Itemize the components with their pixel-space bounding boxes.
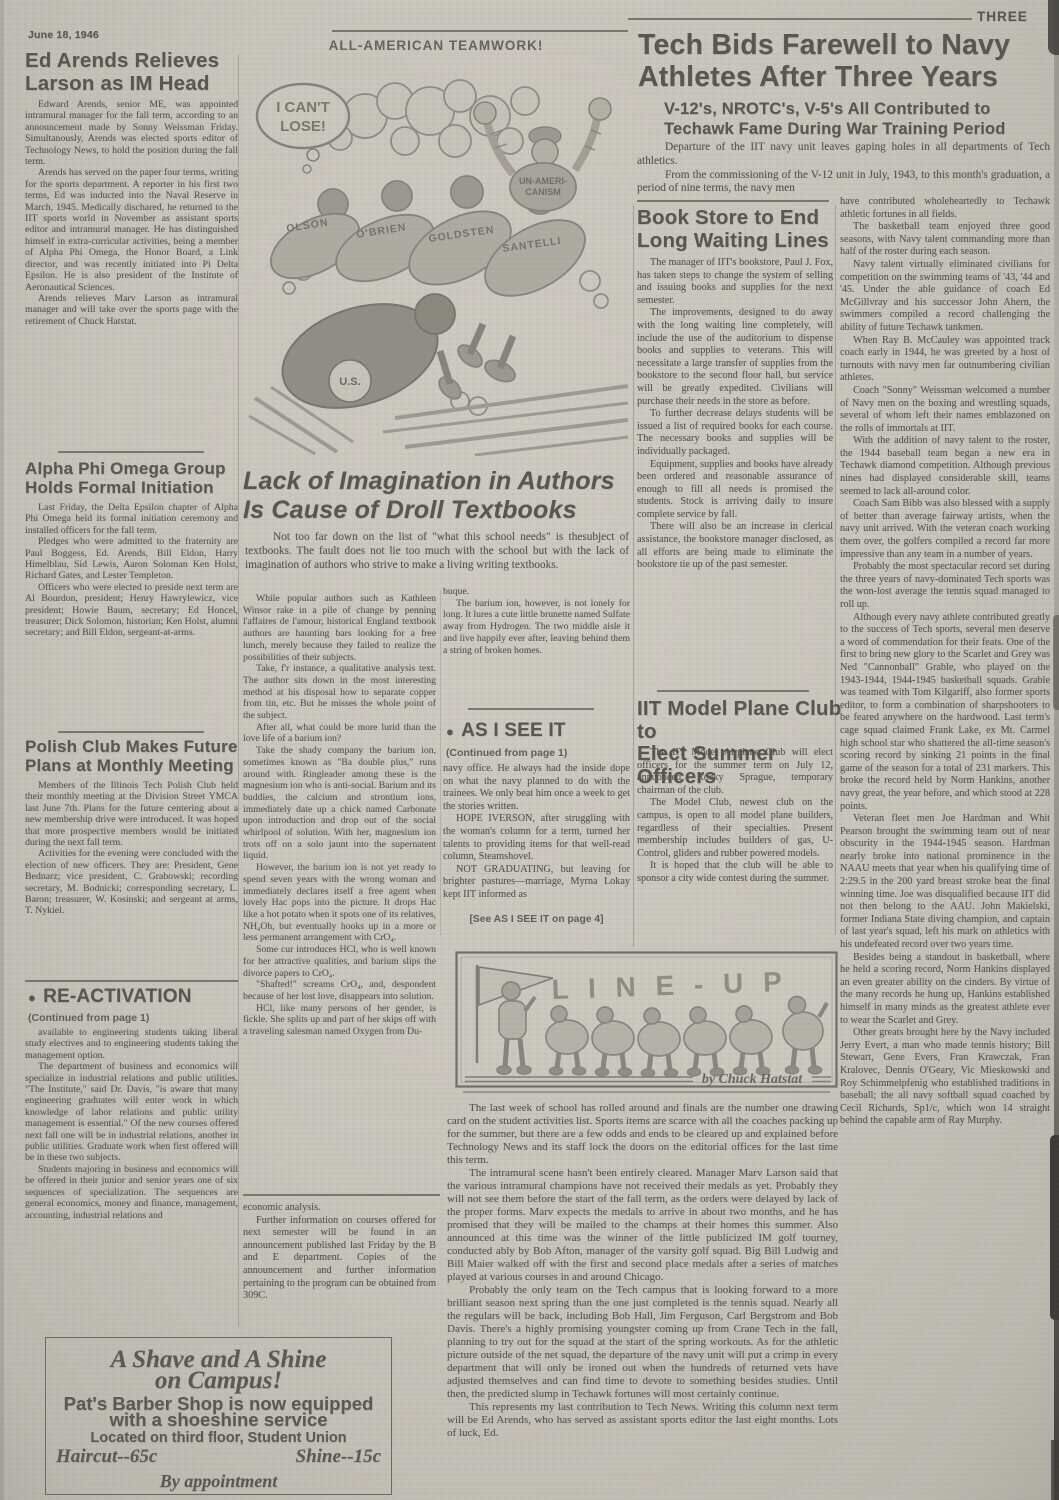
column-rule — [835, 205, 836, 935]
ad-line: Located on third floor, Student Union — [90, 1430, 346, 1446]
textbooks-lead: Not too far down on the list of "what th… — [245, 531, 629, 589]
ad-prices: Haircut--65c Shine--15c — [56, 1446, 381, 1468]
cartoon-title-teamwork: ALL-AMERICAN TEAMWORK! — [243, 38, 629, 53]
article-title-apo: Alpha Phi Omega Group Holds Formal Initi… — [25, 459, 238, 497]
continued-note: (Continued from page 1) — [446, 747, 567, 759]
scan-artifact — [1051, 1440, 1059, 1500]
paragraph: The IIT Model Airplane Club will elect o… — [637, 747, 833, 797]
textbooks-column-a: While popular authors such as Kathleen W… — [243, 593, 436, 1191]
as-i-see-it-title-text: AS I SEE IT — [461, 720, 566, 742]
column-rule — [238, 55, 239, 1327]
section-rule — [657, 690, 809, 692]
page-number: THREE — [977, 9, 1028, 24]
paragraph: Navy talent virtually eliminated civilia… — [840, 259, 1050, 335]
article-body-polish-club: Members of the Illinois Tech Polish Club… — [25, 780, 238, 976]
paragraph: "Shafted!" screams CrO₄, and, despondent… — [243, 979, 436, 1002]
article-title-polish-club: Polish Club Makes Future Plans at Monthl… — [25, 737, 238, 775]
farewell-subhead: V-12's, NROTC's, V-5's All Contributed t… — [664, 99, 1050, 139]
ad-headline-2: on Campus! — [155, 1367, 282, 1394]
paragraph: NOT GRADUATING, but leaving for brighter… — [443, 864, 630, 902]
bullet-icon: ● — [446, 721, 454, 743]
paragraph: Take, f'r instance, a qualitative analys… — [243, 663, 436, 722]
paragraph: Last Friday, the Delta Epsilon chapter o… — [25, 502, 238, 536]
ad-price-shine: Shine--15c — [296, 1446, 382, 1468]
column-rule — [440, 590, 441, 935]
paragraph: From the commissioning of the V-12 unit … — [637, 169, 1050, 197]
paragraph: Veteran fleet men Joe Hardman and Whit P… — [840, 813, 1050, 952]
lineup-cartoon: the L I N E - U P by Chuck Hatstat — [455, 951, 838, 1097]
paragraph: The improvements, designed to do away wi… — [637, 307, 833, 408]
speech-bubble: I CAN'T LOSE! — [257, 84, 349, 173]
article-body-reactivation: available to engineering students taking… — [25, 1027, 238, 1330]
bullet-icon: ● — [28, 987, 36, 1009]
speech-text-line1: I CAN'T — [276, 99, 330, 116]
paragraph: buque. — [443, 586, 630, 598]
issue-date: June 18, 1946 — [28, 29, 99, 41]
reactivation-title-text: RE-ACTIVATION — [43, 986, 192, 1008]
paragraph: The barium ion, however, is not lonely f… — [443, 598, 630, 657]
section-rule — [243, 1194, 440, 1196]
paragraph: Activities for the evening were conclude… — [25, 848, 238, 916]
column-rule — [633, 205, 634, 947]
paragraph: Although every navy athlete contributed … — [840, 612, 1050, 814]
paragraph: Coach "Sonny" Weissman welcomed a number… — [840, 385, 1050, 435]
paragraph: This represents my last contribution to … — [447, 1401, 838, 1440]
section-rule — [332, 30, 628, 32]
paragraph: HCl, like many persons of her gender, is… — [243, 1003, 436, 1038]
paragraph: navy office. He always had the inside do… — [443, 763, 630, 813]
ad-byline: By appointment — [160, 1468, 278, 1495]
paragraph: HOPE IVERSON, after struggling with the … — [443, 813, 630, 863]
paragraph: Arends has served on the paper four term… — [25, 167, 238, 292]
paragraph: However, the barium ion is not yet ready… — [243, 862, 436, 944]
paragraph: Edward Arends, senior ME, was appointed … — [25, 99, 238, 167]
article-title-reactivation: ● RE-ACTIVATION — [28, 986, 192, 1008]
continued-note: (Continued from page 1) — [28, 1012, 149, 1024]
paragraph: Further information on courses offered f… — [243, 1215, 436, 1303]
paragraph: Students majoring in business and econom… — [25, 1164, 238, 1221]
paragraph: Besides being a standout in basketball, … — [840, 952, 1050, 1028]
paragraph: With the addition of navy talent to the … — [840, 435, 1050, 498]
article-body-bookstore: The manager of IIT's bookstore, Paul J. … — [637, 257, 833, 685]
section-rule — [637, 200, 829, 202]
scan-artifact — [1053, 615, 1059, 710]
reactivation-continuation: economic analysis.Further information on… — [243, 1202, 436, 1330]
paragraph: Officers who were elected to preside nex… — [25, 582, 238, 639]
article-title-as-i-see-it: ● AS I SEE IT — [446, 720, 566, 742]
ad-price-haircut: Haircut--65c — [56, 1446, 157, 1468]
paragraph: When Ray B. McCauley was appointed track… — [840, 335, 1050, 385]
paragraph: Equipment, supplies and books have alrea… — [637, 459, 833, 522]
teamwork-cartoon: I CAN'T LOSE! OLSON O'BRIEN GOLDSTEN SAN… — [245, 56, 628, 456]
farewell-continuation-column: have contributed wholeheartedly to Techa… — [840, 196, 1050, 1494]
newspaper-page: June 18, 1946 THREE Ed Arends Relieves L… — [0, 0, 1059, 1500]
paragraph: Some cur introduces HCl, who is well kno… — [243, 944, 436, 979]
un-americanism-figure: UN-AMERI- CANISM — [474, 98, 611, 211]
article-title-im-head: Ed Arends Relieves Larson as IM Head — [25, 50, 238, 95]
paragraph: The basketball team enjoyed three good s… — [840, 221, 1050, 259]
section-rule — [25, 980, 238, 982]
article-title-farewell: Tech Bids Farewell to Navy Athletes Afte… — [638, 30, 1052, 93]
paragraph: The intramural scene hasn't been entirel… — [447, 1167, 838, 1284]
paragraph: Not too far down on the list of "what th… — [245, 531, 629, 572]
farewell-lead: Departure of the IIT navy unit leaves ga… — [637, 141, 1050, 198]
paragraph: After all, what could be more lurid than… — [243, 722, 436, 745]
paragraph: economic analysis. — [243, 1202, 436, 1215]
article-body-apo: Last Friday, the Delta Epsilon chapter o… — [25, 502, 238, 726]
section-rule — [468, 708, 594, 710]
ad-line: with a shoeshine service — [110, 1410, 328, 1430]
un-americanism-label-line2: CANISM — [525, 187, 561, 197]
article-body-model-club: The IIT Model Airplane Club will elect o… — [637, 747, 833, 929]
section-rule — [58, 731, 204, 733]
barber-shop-ad: A Shave and A Shine on Campus! Pat's Bar… — [45, 1337, 392, 1495]
article-body-im-head: Edward Arends, senior ME, was appointed … — [25, 99, 238, 443]
paragraph: The department of business and economics… — [25, 1061, 238, 1164]
article-body-as-i-see-it: navy office. He always had the inside do… — [443, 763, 630, 911]
paragraph: The Model Club, newest club on the campu… — [637, 797, 833, 860]
sports-column-body: The last week of school has rolled aroun… — [447, 1102, 838, 1494]
us-label: U.S. — [339, 376, 360, 388]
cartoon-credit: by Chuck Hatstat — [702, 1072, 803, 1087]
paragraph: have contributed wholeheartedly to Techa… — [840, 196, 1050, 221]
paragraph: It is hoped that the club will be able t… — [637, 860, 833, 885]
paragraph: There will also be an increase in cleric… — [637, 521, 833, 571]
speech-text-line2: LOSE! — [280, 118, 326, 135]
scan-artifact — [0, 0, 4, 1500]
jump-line: [See AS I SEE IT on page 4] — [443, 914, 630, 925]
paragraph: Take the shady company the barium ion, s… — [243, 745, 436, 862]
paragraph: Arends relieves Marv Larson as intramura… — [25, 293, 238, 327]
paragraph: While popular authors such as Kathleen W… — [243, 593, 436, 663]
paragraph: The manager of IIT's bookstore, Paul J. … — [637, 257, 833, 307]
article-title-textbooks: Lack of Imagination in Authors Is Cause … — [243, 467, 631, 524]
textbooks-column-b: buque.The barium ion, however, is not lo… — [443, 586, 630, 704]
scan-artifact — [1050, 1135, 1059, 1320]
un-americanism-label-line1: UN-AMERI- — [519, 176, 567, 186]
paragraph: available to engineering students taking… — [25, 1027, 238, 1061]
paragraph: Probably the only team on the Tech campu… — [447, 1284, 838, 1401]
paragraph: The last week of school has rolled aroun… — [447, 1102, 838, 1167]
article-title-bookstore: Book Store to End Long Waiting Lines — [637, 207, 837, 252]
paragraph: Coach Sam Bibb was also blessed with a s… — [840, 498, 1050, 561]
masthead-rule — [628, 18, 972, 20]
paragraph: Members of the Illinois Tech Polish Club… — [25, 780, 238, 848]
paragraph: Departure of the IIT navy unit leaves ga… — [637, 141, 1050, 169]
paragraph: Probably the most spectacular record set… — [840, 561, 1050, 611]
paragraph: Other greats brought here by the Navy in… — [840, 1027, 1050, 1128]
paragraph: Pledges who were admitted to the fratern… — [25, 536, 238, 582]
paragraph: To further decrease delays students will… — [637, 408, 833, 458]
section-rule — [58, 451, 204, 453]
